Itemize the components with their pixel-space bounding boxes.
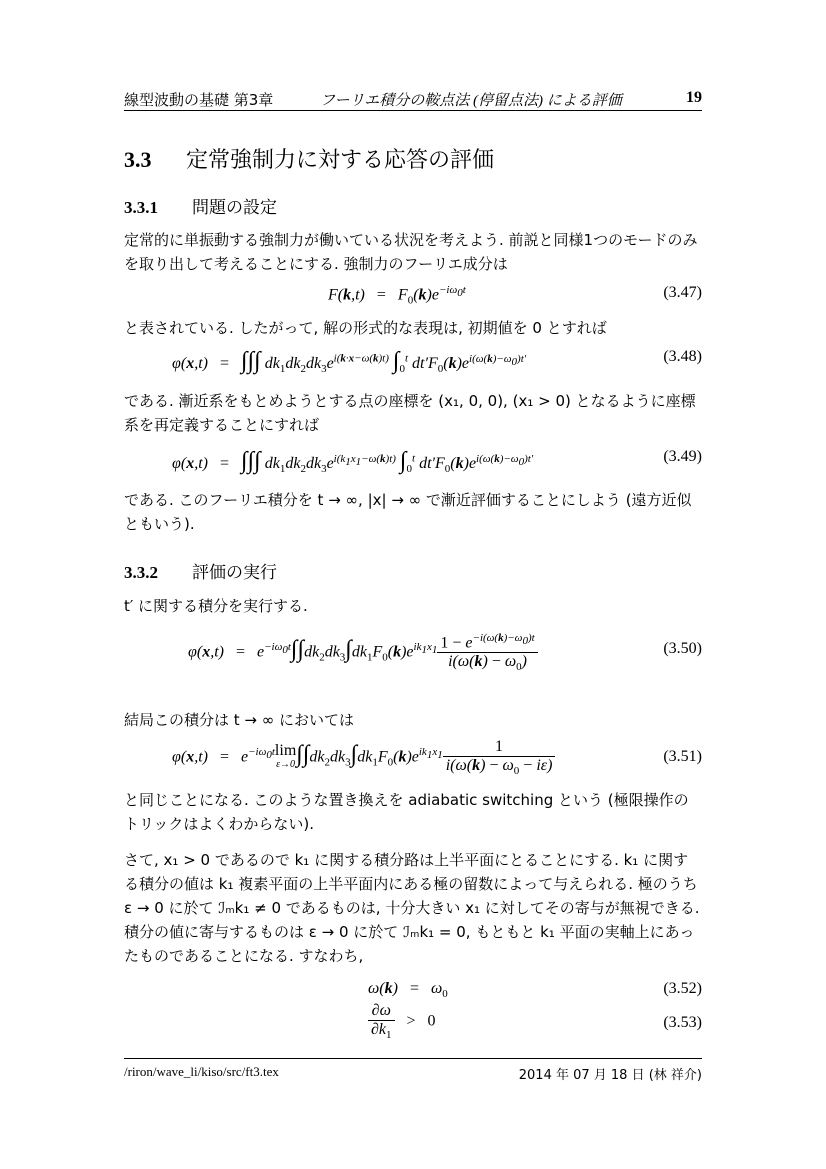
paragraph-4: である. このフーリエ積分を t → ∞, |x| → ∞ で漸近評価することに…	[124, 488, 702, 536]
equation-number: (3.53)	[663, 1014, 702, 1032]
equation-number: (3.51)	[663, 748, 702, 766]
section-heading: 3.3定常強制力に対する応答の評価	[124, 143, 494, 174]
footer-source-path: /riron/wave_li/kiso/src/ft3.tex	[124, 1064, 279, 1080]
running-footer: /riron/wave_li/kiso/src/ft3.tex 2014 年 0…	[124, 1058, 702, 1083]
equation-number: (3.52)	[663, 980, 702, 998]
paragraph-8: さて, x₁ > 0 であるので k₁ に関する積分路は上半平面にとることにする…	[124, 848, 702, 968]
paragraph-2: と表されている. したがって, 解の形式的な表現は, 初期値を 0 とすれば	[124, 316, 702, 340]
paragraph-5: t′ に関する積分を実行する.	[124, 594, 702, 618]
equation-3-47: F(k,t) = F0(k)e−iω0t (3.47)	[124, 284, 702, 320]
subsection-heading-2: 3.3.2評価の実行	[124, 558, 277, 583]
equation-3-51: φ(x,t) = e−iω0tlimε→0∫∫dk2dk3∫dk1F0(k)ei…	[124, 738, 702, 786]
paragraph-1: 定常的に単振動する強制力が働いている状況を考えよう. 前説と同様1つのモードのみ…	[124, 228, 702, 276]
header-page-number: 19	[686, 89, 702, 107]
section-number: 3.3	[124, 147, 186, 173]
header-chapter-title: フーリエ積分の鞍点法 (停留点法) による評価	[320, 89, 622, 110]
subsection-title: 評価の実行	[192, 563, 277, 583]
equation-3-48: φ(x,t) = ∫∫∫ dk1dk2dk3ei(k·x−ω(k)t) ∫0t …	[124, 348, 702, 384]
subsection-number: 3.3.1	[124, 198, 192, 218]
equation-3-53: ∂ω∂k1 > 0 (3.53)	[124, 1000, 702, 1046]
header-book-title: 線型波動の基礎 第3章	[124, 89, 273, 110]
equation-number: (3.50)	[663, 640, 702, 658]
subsection-title: 問題の設定	[192, 198, 277, 218]
equation-number: (3.49)	[663, 448, 702, 466]
subsection-heading-1: 3.3.1問題の設定	[124, 193, 277, 218]
equation-3-49: φ(x,t) = ∫∫∫ dk1dk2dk3ei(k1x1−ω(k)t) ∫0t…	[124, 448, 702, 484]
running-header: 線型波動の基礎 第3章 フーリエ積分の鞍点法 (停留点法) による評価 19	[124, 88, 702, 111]
footer-date-author: 2014 年 07 月 18 日 (林 祥介)	[519, 1064, 702, 1083]
equation-number: (3.47)	[663, 284, 702, 302]
paragraph-7: と同じことになる. このような置き換えを adiabatic switching…	[124, 788, 702, 836]
section-title: 定常強制力に対する応答の評価	[186, 148, 494, 173]
equation-number: (3.48)	[663, 348, 702, 366]
equation-3-50: φ(x,t) = e−iω0t∫∫dk2dk3∫dk1F0(k)eik1x11 …	[124, 628, 702, 676]
paragraph-6: 結局この積分は t → ∞ においては	[124, 708, 702, 732]
paragraph-3: である. 漸近系をもとめようとする点の座標を (x₁, 0, 0), (x₁ >…	[124, 389, 702, 437]
subsection-number: 3.3.2	[124, 563, 192, 583]
